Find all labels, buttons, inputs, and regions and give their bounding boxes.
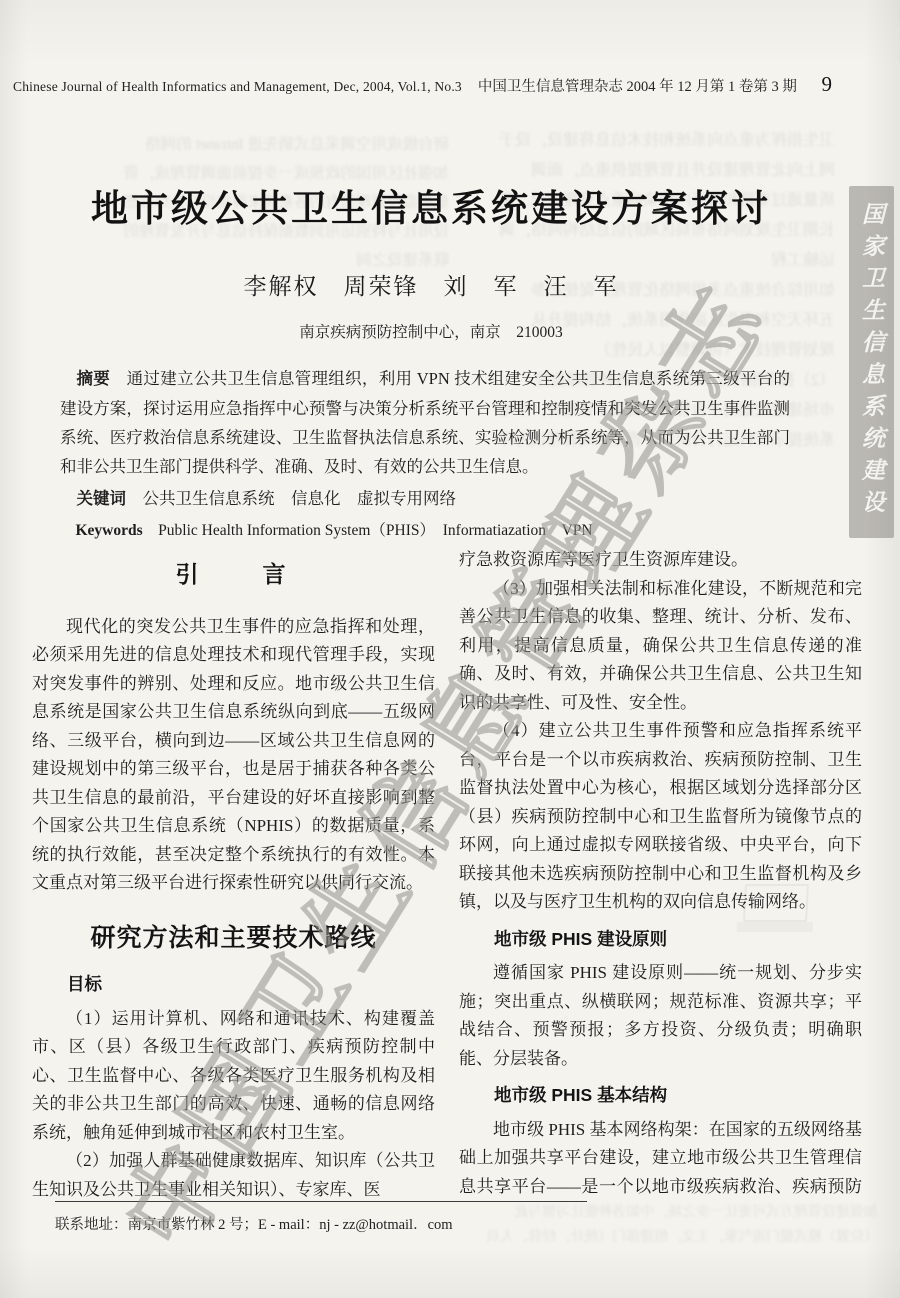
contact-footnote: 联系地址：南京市紫竹林 2 号；E - mail：nj - zz@hotmail… — [55, 1201, 595, 1234]
journal-header: Chinese Journal of Health Informatics an… — [13, 72, 860, 97]
keywords-label: 关键词 — [77, 490, 127, 508]
phis-structure-paragraph: 地市级 PHIS 基本网络构架：在国家的五级网络基础上加强共享平台建设，建立地市… — [459, 1116, 862, 1203]
article-body: 引 言 现代化的突发公共卫生事件的应急指挥和处理，必须采用先进的信息处理技术和现… — [32, 546, 862, 1202]
goal-paragraph-1: （1）运用计算机、网络和通讯技术、构建覆盖市、区（县）各级卫生行政部门、疾病预防… — [32, 1005, 435, 1148]
phis-structure-subheading: 地市级 PHIS 基本结构 — [459, 1081, 862, 1110]
article-title: 地市级公共卫生信息系统建设方案探讨 — [0, 178, 862, 232]
section-banner-text: 国家卫生信息系统建设 — [855, 202, 888, 522]
contact-address: 联系地址：南京市紫竹林 2 号；E - mail：nj - zz@hotmail… — [55, 1213, 595, 1234]
goal-paragraph-2-continued: 疗急救资源库等医疗卫生资源库建设。 — [459, 546, 862, 575]
journal-title-english: Chinese Journal of Health Informatics an… — [13, 79, 462, 95]
footnote-divider — [55, 1201, 587, 1202]
phis-principles-subheading: 地市级 PHIS 建设原则 — [459, 925, 862, 954]
abstract-paragraph: 摘要通过建立公共卫生信息管理组织，利用 VPN 技术组建安全公共卫生信息系统第三… — [60, 364, 790, 481]
methods-heading: 研究方法和主要技术路线 — [32, 924, 435, 953]
affiliation: 南京疾病预防控制中心，南京 210003 — [0, 320, 862, 342]
phis-principles-paragraph: 遵循国家 PHIS 建设原则——统一规划、分步实施；突出重点、纵横联网；规范标准… — [459, 959, 862, 1073]
keywords-english-line: KeywordsPublic Health Information System… — [60, 516, 790, 545]
page-number: 9 — [822, 72, 833, 97]
keywords-english: Public Health Information System（PHIS） I… — [158, 522, 592, 539]
journal-title-chinese: 中国卫生信息管理杂志 2004 年 12 月第 1 卷第 3 期 — [478, 75, 797, 96]
abstract-block: 摘要通过建立公共卫生信息管理组织，利用 VPN 技术组建安全公共卫生信息系统第三… — [60, 364, 790, 545]
authors: 李解权 周荣锋 刘 军 汪 军 — [0, 268, 862, 301]
keywords-english-label: Keywords — [76, 522, 143, 539]
goals-subheading: 目标 — [32, 970, 435, 999]
right-column: 疗急救资源库等医疗卫生资源库建设。 （3）加强相关法制和标准化建设，不断规范和完… — [459, 546, 862, 1202]
section-banner-national-health-info-system: 国家卫生信息系统建设 — [849, 186, 894, 538]
goal-paragraph-3: （3）加强相关法制和标准化建设，不断规范和完善公共卫生信息的收集、整理、统计、分… — [459, 575, 862, 718]
goal-paragraph-2: （2）加强人群基础健康数据库、知识库（公共卫生知识及公共卫生事业相关知识）、专家… — [32, 1147, 435, 1202]
scanned-journal-page: { "header": { "journal_en": "Chinese Jou… — [0, 0, 900, 1298]
introduction-heading: 引 言 — [32, 560, 435, 589]
abstract-label: 摘要 — [77, 370, 111, 388]
introduction-paragraph: 现代化的突发公共卫生事件的应急指挥和处理，必须采用先进的信息处理技术和现代管理手… — [32, 613, 435, 898]
goal-paragraph-4: （4）建立公共卫生事件预警和应急指挥系统平台，平台是一个以市疾病救治、疾病预防控… — [459, 717, 862, 917]
left-column: 引 言 现代化的突发公共卫生事件的应急指挥和处理，必须采用先进的信息处理技术和现… — [32, 546, 435, 1202]
keywords-chinese-line: 关键词公共卫生信息系统 信息化 虚拟专用网络 — [60, 484, 790, 514]
keywords-chinese: 公共卫生信息系统 信息化 虚拟专用网络 — [143, 489, 457, 508]
abstract-text: 通过建立公共卫生信息管理组织，利用 VPN 技术组建安全公共卫生信息系统第三级平… — [60, 369, 790, 476]
